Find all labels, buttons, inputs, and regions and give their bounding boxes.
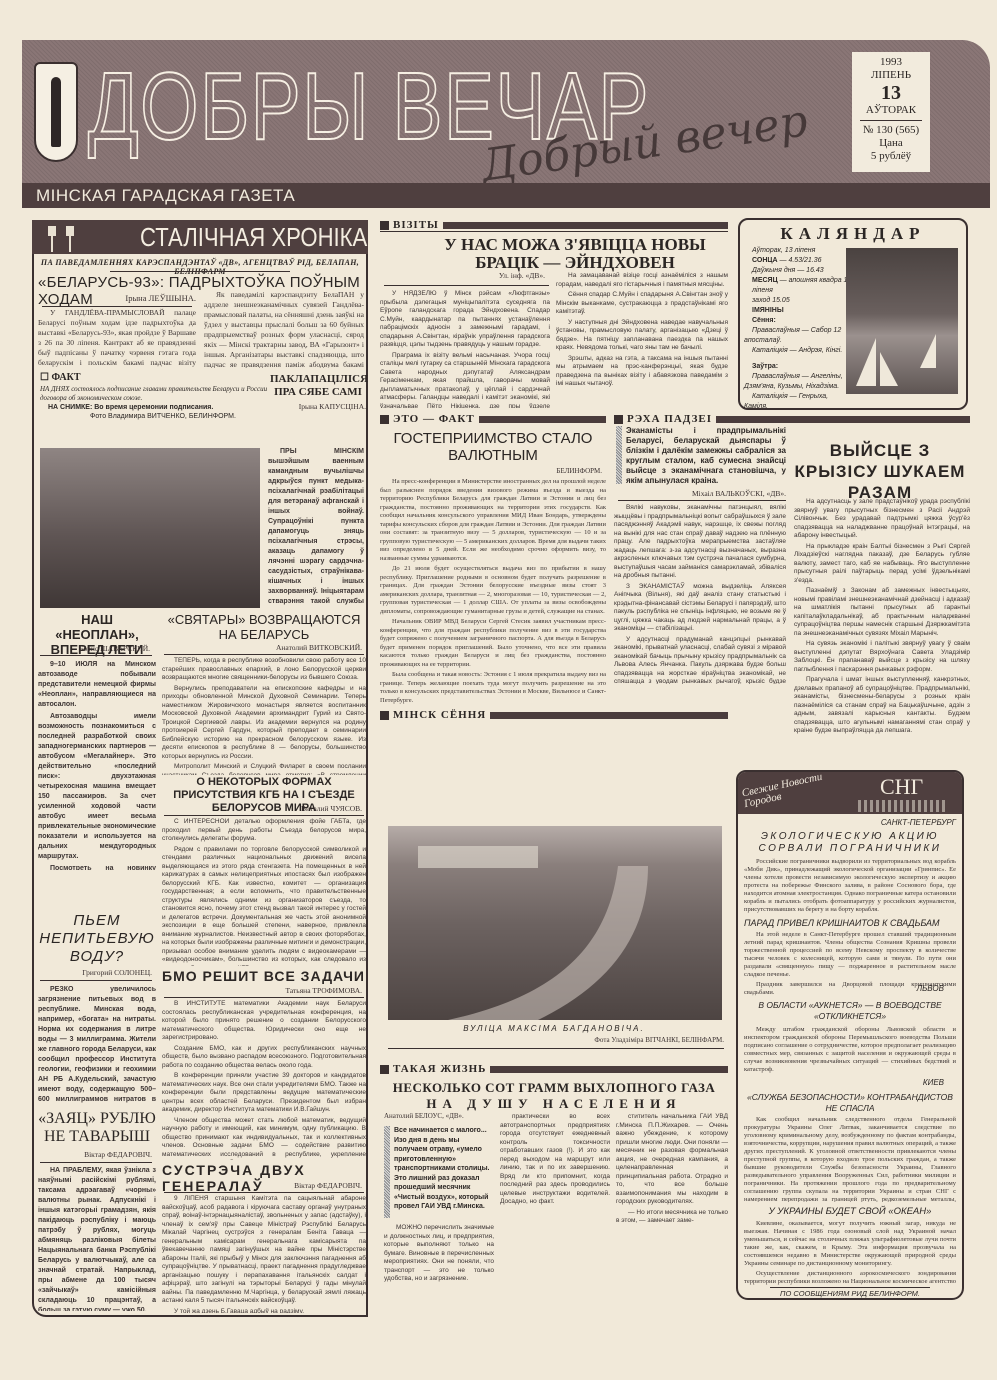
tomorrow-catholic: Каталіцкія — Генрыха, Каміля. — [744, 392, 854, 412]
paragraph: Членом общества может стать любой матема… — [162, 1117, 366, 1161]
square-bullet-icon — [380, 221, 389, 230]
cis-headline-2: ПАРАД ПРИВЕЛ КРИШНАИТОВ К СВАДЬБАМ — [744, 918, 956, 928]
cis-banner-right: СНГ — [880, 774, 923, 800]
paragraph: На адсутнасць у зале прадстаўнікоў урада… — [794, 498, 970, 541]
square-bullet-icon — [614, 415, 623, 424]
signing-ceremony-photo — [40, 448, 260, 608]
section-tag-minsk-today: МІНСК СЁННЯ — [380, 709, 728, 721]
issue-weekday: АЎТОРАК — [852, 104, 930, 117]
exhaust-author: Анатолий БЕЛОУС, «ДВ». — [384, 1112, 494, 1120]
crisis-headline: ВЫЙСЦЕ З КРЫЗІСУ ШУКАЕМ РАЗАМ — [790, 440, 970, 503]
paragraph: ПРЫ МІНСКІМ вышэйшым ваенным камандным в… — [268, 447, 364, 607]
paragraph: РЕЗКО увеличилось загрязнение питьевых в… — [38, 985, 156, 1105]
exhaust-headline-1: НЕСКОЛЬКО СОТ ГРАММ ВЫХЛОПНОГО ГАЗА — [380, 1080, 728, 1096]
paragraph: — Но итоги месячника не только в этом, —… — [616, 1209, 728, 1226]
hospitality-text: На пресс-конференции в Министерстве инос… — [380, 478, 606, 704]
hospitality-headline: ГОСТЕПРИИМСТВО СТАЛО ВАЛЮТНЫМ — [380, 430, 606, 464]
square-bullet-icon — [380, 415, 389, 424]
paragraph: Як паведамілі карэспандэнту БелаПАН у ад… — [204, 290, 364, 368]
section-label: РЭХА ПАДЗЕІ — [627, 413, 712, 425]
divider — [40, 655, 152, 656]
lead-article-text-cont: Як паведамілі карэспандэнту БелаПАН у ад… — [204, 290, 364, 368]
self-help-text: ПРЫ МІНСКІМ вышэйшым ваенным камандным в… — [268, 447, 364, 607]
photo-caption: ВУЛІЦА МАКСІМА БАГДАНОВІЧА. — [380, 1024, 728, 1033]
paragraph: У наступныя дні Эйндховена наведае навуч… — [556, 319, 728, 353]
divider — [618, 500, 786, 501]
lead-article-text: У ГАНДЛЁВА-ПРАМЫСЛОВАЙ палаце Беларусі п… — [38, 308, 196, 368]
divider — [164, 997, 364, 998]
paragraph: На сувязь эканомікі і палітыкі звярнуў у… — [794, 640, 970, 674]
section-tag-events: РЭХА ПАДЗЕІ — [614, 413, 970, 425]
paragraph: Зрэшты, адказ на гэта, а таксама на іншы… — [556, 355, 728, 389]
divider — [860, 120, 922, 121]
paragraph: У адсутнасці прадуманай канцэпцыі рынкав… — [614, 636, 786, 685]
chronicle-section-title: СТАЛІЧНАЯ ХРОНІКА — [140, 222, 367, 253]
kgb-author: Виталий ЧУЯСОВ. — [162, 804, 362, 813]
hare-text: НА ПРАБЛЕМУ, якая ўзнікла з наяўнымі рас… — [38, 1166, 156, 1311]
exhaust-text-3: стититель начальника ГАИ УВД г.Минска П.… — [616, 1113, 728, 1316]
paragraph: У той жа дзень Б.Гаваца адбыў на радзіму… — [162, 1308, 366, 1314]
cis-headline-5: У УКРАИНЫ БУДЕТ СВОЙ «ОКЕАН» — [744, 1206, 956, 1217]
city-crest-icon — [34, 62, 78, 162]
divider — [40, 1162, 152, 1163]
paragraph: На замацаванай візіце госці азнаёміліся … — [556, 272, 728, 289]
neoplan-author: Борис ШАВАРСКИЙ. — [38, 644, 150, 653]
section-rule — [490, 712, 728, 719]
paragraph: Посмотреть на новинку приезжал и замести… — [38, 864, 156, 870]
city-label-spb: САНКТ-ПЕТЕРБУРГ — [744, 818, 956, 827]
self-help-headline: ПАКЛАПАЦІЛІСЯ ПРА СЯБЕ САМІ — [270, 373, 366, 399]
paragraph: 9 ЛІПЕНЯ старшыня Камітэта па сацыяльнай… — [162, 1195, 366, 1306]
lead-hatch-bar — [384, 1126, 390, 1218]
divider — [164, 1192, 364, 1193]
checkbox-square-icon: ☐ — [40, 372, 51, 383]
issue-date-box: 1993 ЛІПЕНЬ 13 АЎТОРАК № 130 (565) Цана … — [852, 52, 930, 172]
issue-year: 1993 — [852, 56, 930, 69]
newspaper-subtitle: МІНСКАЯ ГАРАДСКАЯ ГАЗЕТА — [36, 186, 295, 206]
divider — [770, 1287, 930, 1288]
paragraph: Осуществление дистанционного аэрокосмиче… — [744, 1270, 956, 1286]
paragraph: Российские пограничники выдворили из тер… — [744, 858, 956, 914]
photo-credit: Фота Уладзіміра ВІТЧАНКІ, БЕЛІНФАРМ. — [380, 1036, 724, 1044]
street-road-icon — [388, 826, 722, 1020]
sun-value: — 4.53/21.36 — [780, 257, 822, 264]
paragraph: Была сообщена и такая новость: Эстония с… — [380, 671, 606, 704]
divider — [110, 271, 290, 272]
visits-text-cont: На замацаванай візіце госці азнаёміліся … — [556, 272, 728, 408]
city-label-lviv: ЛЬВОВ — [744, 984, 944, 993]
divider — [380, 231, 728, 232]
crisis-text: Вялікі навуковы, эканамічны патэнцыял, в… — [614, 504, 786, 684]
hare-headline: «ЗАЯЦ» РУБЛЮ НЕ ТАВАРЫШ — [38, 1110, 156, 1146]
today-orthodox: Праваслаўныя — Сабор 12 апосталаў. — [744, 326, 854, 346]
calendar-date: Аўторак, 13 ліпеня — [744, 246, 854, 256]
fact-label-text: ФАКТ — [51, 372, 80, 383]
paragraph: На прыкладзе краін Балтыі бізнесмен з Ры… — [794, 543, 970, 586]
section-rule — [479, 416, 606, 423]
paragraph: Вернулись преподаватели на епископские к… — [162, 685, 366, 762]
paragraph: Прагучала і шмат іншых выступленняў, кан… — [794, 676, 970, 736]
paragraph: Митрополит Минский и Слуцкий Филарет в с… — [162, 763, 366, 775]
section-label: МІНСК СЁННЯ — [393, 709, 486, 721]
divider — [42, 306, 192, 307]
section-label: ВІЗІТЫ — [393, 219, 439, 231]
paragraph: практически во всех автотранспортных пре… — [500, 1113, 610, 1207]
paragraph: З ЭКАНАМІСТАЎ можна выдзеліць Аляксея Ан… — [614, 583, 786, 634]
section-tag-such-life: ТАКАЯ ЖИЗНЬ — [380, 1063, 728, 1075]
paragraph: МОЖНО перечислить значимые и должностных… — [384, 1224, 494, 1284]
kgb-text: С ИНТЕРЕСНОЙ деталью оформления фойе ГАБ… — [162, 818, 366, 966]
section-rule — [490, 1066, 728, 1073]
paragraph: На пресс-конференции в Министерстве инос… — [380, 478, 606, 563]
paragraph: На этой неделе в Санкт-Петербурге прошел… — [744, 931, 956, 979]
divider — [388, 1048, 724, 1049]
issue-number: № 130 (565) — [852, 124, 930, 137]
crisis-text-cont: На адсутнасць у зале прадстаўнікоў урада… — [794, 498, 970, 760]
paragraph: В ИНСТИТУТЕ математики Академии наук Бел… — [162, 1000, 366, 1043]
paragraph: Пазнаёміў з Законам аб замежных інвестыц… — [794, 587, 970, 638]
paragraph: Киевляне, оказывается, могут получить юж… — [744, 1220, 956, 1268]
street-lamp-icon — [40, 222, 84, 252]
paragraph: Вялікі навуковы, эканамічны патэнцыял, в… — [614, 504, 786, 581]
visits-author: Ул. інф. «ДВ». — [380, 271, 545, 280]
water-author: Григорий СОЛОНЕЦ. — [38, 968, 152, 977]
paragraph: У НЯДЗЕЛЮ ў Мінск рэйсам «Люфтганзы» пры… — [380, 290, 550, 350]
paragraph: стититель начальника ГАИ УВД г.Минска П.… — [616, 1113, 728, 1207]
generals-text: 9 ЛІПЕНЯ старшыня Камітэта па сацыяльнай… — [162, 1195, 366, 1313]
cis-text-3: Между штабом гражданской обороны Львовск… — [744, 1026, 956, 1076]
bahdanovich-street-photo — [388, 826, 722, 1020]
cis-text-4: Как сообщил начальник следственного отде… — [744, 1116, 956, 1202]
divider — [164, 815, 364, 816]
photo-credit: Фото Владимира ВИТЧЕНКО, БЕЛИНФОРМ. — [90, 413, 280, 420]
sun-label: СОНЦА — [752, 257, 778, 264]
day-length: Даўжыня дня — 16.43 — [744, 266, 854, 276]
paragraph: В конференции приняли участие 39 докторо… — [162, 1072, 366, 1115]
moonset: заход 15.05 — [744, 296, 854, 306]
section-label: ТАКАЯ ЖИЗНЬ — [393, 1063, 486, 1075]
bmo-text: В ИНСТИТУТЕ математики Академии наук Бел… — [162, 1000, 366, 1160]
visits-text: У НЯДЗЕЛЮ ў Мінск рэйсам «Люфтганзы» пры… — [380, 290, 550, 408]
divider — [384, 285, 549, 286]
issue-day: 13 — [852, 82, 930, 104]
paragraph: НА ПРАБЛЕМУ, якая ўзнікла з наяўнымі рас… — [38, 1166, 156, 1311]
priests-text: ТЕПЕРЬ, когда в республике возобновили с… — [162, 657, 366, 775]
fact-label: ☐ ФАКТ — [40, 372, 81, 383]
water-text: РЕЗКО увеличилось загрязнение питьевых в… — [38, 985, 156, 1105]
exhaust-text-1: МОЖНО перечислить значимые и должностных… — [384, 1224, 494, 1316]
moon-label: МЕСЯЦ — [752, 277, 778, 284]
exhaust-text-2: практически во всех автотранспортных пре… — [500, 1113, 610, 1316]
exhaust-headline-2: НА ДУШУ НАСЕЛЕНИЯ — [380, 1096, 728, 1112]
cis-footer: ПО СООБЩЕНИЯМ РИД БЕЛИНФОРМ. — [744, 1289, 956, 1298]
paragraph: Сёння спадар С.Муйн і спадарыня А.Свінгт… — [556, 291, 728, 317]
bmo-author: Татьяна ТРОФИМОВА. — [162, 986, 362, 995]
self-help-author: Ірына КАПУСЦІНА. — [270, 402, 366, 411]
calendar-details: Аўторак, 13 ліпеня СОНЦА — 4.53/21.36 Да… — [744, 246, 854, 412]
events-author: Міхаіл ВАЛЬКОЎСКІ, «ДВ». — [626, 489, 786, 498]
today-catholic: Каталіцкія — Андрэя, Кінгі. — [744, 346, 854, 356]
cis-text-5: Киевляне, оказывается, могут получить юж… — [744, 1220, 956, 1286]
price-label: Цана — [852, 137, 930, 150]
paragraph: Как сообщил начальник следственного отде… — [744, 1116, 956, 1202]
generals-author: Віктар ФЕДАРОВІЧ. — [162, 1181, 362, 1190]
square-bullet-icon — [380, 1065, 389, 1074]
paragraph: До 21 июля будет осуществляться выдача в… — [380, 565, 606, 616]
paragraph: Автозаводцы имели возможность познакомит… — [38, 712, 156, 862]
hospitality-author: БЕЛИНФОРМ. — [380, 467, 602, 475]
cis-headline-1: ЭКОЛОГИЧЕСКУЮ АКЦИЮ СОРВАЛИ ПОГРАНИЧНИКИ — [744, 831, 956, 855]
skyline-icon — [858, 800, 948, 812]
cis-headline-4: «СЛУЖБА БЕЗОПАСНОСТИ» КОНТРАБАНДИСТОВ НЕ… — [744, 1092, 956, 1114]
section-rule — [716, 416, 970, 423]
price-value: 5 рублёў — [852, 150, 930, 163]
lead-author: Ірына ЛЕЎШЫНА. — [38, 293, 196, 303]
section-rule — [443, 222, 728, 229]
paragraph: С ИНТЕРЕСНОЙ деталью оформления фойе ГАБ… — [162, 818, 366, 844]
exhaust-lead: Все начинается с малого... Изо дня в ден… — [394, 1126, 494, 1212]
bmo-headline: БМО РЕШИТ ВСЕ ЗАДАЧИ — [162, 968, 366, 984]
neoplan-text: 9–10 ИЮЛЯ на Минском автозаводе побывали… — [38, 660, 156, 870]
cis-headline-3: В ОБЛАСТИ «АУКНЕТСЯ» — В ВОЕВОДСТВЕ «ОТК… — [744, 1000, 956, 1022]
tomorrow-label: Заўтра: — [744, 362, 854, 372]
hare-author: Віктар ФЕДАРОВІЧ. — [38, 1150, 152, 1159]
sailboats-photo — [846, 248, 958, 394]
paragraph: Создание БМО, как и других республиканск… — [162, 1045, 366, 1071]
priests-author: Анатолий ВИТКОВСКИЙ. — [162, 643, 362, 652]
lead-hatch-bar — [616, 426, 622, 484]
photo-caption: НА СНИМКЕ: Во время церемонии подписания… — [48, 404, 268, 411]
paragraph: ТЕПЕРЬ, когда в республике возобновили с… — [162, 657, 366, 683]
square-bullet-icon — [380, 711, 389, 720]
paragraph: 9–10 ИЮЛЯ на Минском автозаводе побывали… — [38, 660, 156, 710]
divider — [164, 654, 364, 655]
cis-text-1: Российские пограничники выдворили из тер… — [744, 858, 956, 916]
saint-figure-icon — [51, 77, 61, 147]
city-label-kyiv: КИЕВ — [744, 1078, 944, 1087]
namedays-label: ІМЯНІНЫ — [744, 306, 854, 316]
water-headline: ПЬЕМ НЕПИТЬЕВУЮ ВОДУ? — [38, 912, 156, 966]
sailboat-icon — [846, 248, 958, 394]
calendar-title: КАЛЯНДАР — [738, 224, 968, 244]
today-label: Сёння: — [744, 316, 854, 326]
events-lead: Эканамісты і прадпрымальнікі Беларусі, б… — [626, 426, 786, 486]
section-tag-fact: ЭТО — ФАКТ — [380, 413, 606, 425]
paragraph: Рядом с правилами по торговле белорусско… — [162, 846, 366, 967]
paragraph: Начальник ОВИР МВД Беларуси Сергей Стеси… — [380, 618, 606, 669]
divider — [40, 980, 152, 981]
fact-text: НА ДНЯХ состоялось подписание главами пр… — [40, 385, 270, 403]
section-tag-visits: ВІЗІТЫ — [380, 219, 728, 231]
paragraph: У ГАНДЛЁВА-ПРАМЫСЛОВАЙ палаце Беларусі п… — [38, 308, 196, 368]
visits-headline: У НАС МОЖА З'ЯВІЦЦА НОВЫ БРАЦІК — ЭЙНДХО… — [440, 236, 710, 272]
priests-headline: «СВЯТАРЫ» ВОЗВРАЩАЮТСЯ НА БЕЛАРУСЬ — [162, 612, 366, 642]
issue-month: ЛІПЕНЬ — [852, 69, 930, 82]
tomorrow-orthodox: Праваслаўныя — Ангеліны, Дзям'яна, Кузьм… — [744, 372, 854, 392]
paragraph: Праграма іх візіту вельмі насычаная. Учо… — [380, 352, 550, 409]
paragraph: Между штабом гражданской обороны Львовск… — [744, 1026, 956, 1074]
section-label: ЭТО — ФАКТ — [393, 413, 475, 425]
